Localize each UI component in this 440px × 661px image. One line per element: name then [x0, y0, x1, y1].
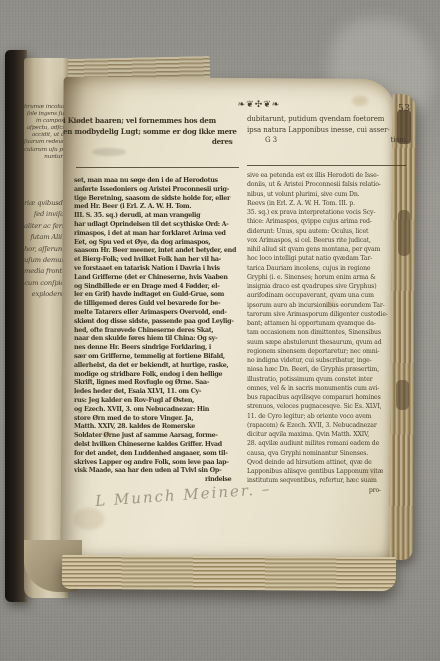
text-line: visk Maade, saa har den uden al Tvivl si…	[74, 466, 241, 475]
text-line: illustratio, potissimum qvum constet int…	[247, 375, 409, 384]
text-line: accidit, ut a	[24, 132, 64, 139]
text-line: og Ezech. XVII, 3. om Nebucadnezar: Hin	[74, 405, 241, 414]
text-line: de tilligemed deres Guld vel bevarede fo…	[74, 299, 241, 308]
text-line: aſpectu, adſci	[24, 125, 64, 132]
text-line: dicitur aqvila maxima. Qvin Matth. XXIV,	[247, 430, 409, 439]
text-line: causa, qva Gryphi nominantur Sinenses.	[247, 449, 409, 458]
text-line: aurifodinam occupaverant, qvam una cum	[247, 291, 409, 300]
text-line: Soldater Ørne just af samme Aarsag, form…	[74, 431, 241, 440]
text-line: nibus, ut volunt plurimi, sive cum Dn.	[247, 190, 409, 199]
text-line: et Bierg-Folk; ved hvilket Folk han her …	[74, 255, 241, 264]
text-line: III. S. 35. sq.) derudi, at man vrangeli…	[74, 211, 241, 220]
text-line: ler en Grif) havde indtaget en Guld-Grue…	[74, 290, 241, 299]
text-line: skiønt dog disse sidste, passende paa go…	[74, 317, 241, 326]
body-text-latin-column: dubitarunt, putidum qvendam foetoremipsa…	[247, 114, 408, 146]
text-line: Land Grifferne (det er Chineserne, hvis …	[74, 273, 241, 282]
text-line: (rapacem) & Ezech. XVII, 3. Nebucadnezar	[247, 421, 409, 430]
text-line: sive ea petenda est ex illis Herodoti de…	[247, 171, 409, 180]
text-line: rus: Jeg kalder en Rov-Fugl af Østen,	[74, 396, 241, 405]
text-line: ve forstaaet en tatarisk Nation i Davria…	[74, 264, 241, 273]
text-line: insignia draco est qvadrupes sive Gryphu…	[247, 282, 409, 291]
text-line: melte Tatarers eller Arimaspers Overvold…	[74, 308, 241, 317]
text-line: Gryphi (i. e. Sinenses; horum enim arma …	[247, 273, 409, 282]
headpiece-ornament: ❧❦✣❦❧	[222, 100, 296, 110]
body-text-danish-column: i Kiødet baaren; vel fornemmes hos demen…	[63, 116, 240, 148]
text-line: Skrift, lignes med Rovfugle og Ørne. Saa…	[74, 378, 241, 387]
foxing-stain	[74, 508, 104, 530]
text-line: nes denne Hr. Beers sindrige Forklaring,…	[74, 343, 241, 352]
footnote-rule-left	[76, 167, 239, 168]
text-line: Reevs (in Erl. Z. A. W. H. Tom. III. p.	[247, 199, 409, 208]
text-line: 28. aqvilæ audiunt milites romani eadem …	[247, 439, 409, 448]
text-line: naar den skulde føres hiem til China: Og…	[74, 334, 241, 343]
text-line: omnes, vel & in sacris monumentis cum av…	[247, 384, 409, 393]
text-line: med Hr. Beer (i Erl. Z. A. W. H. Tom.	[74, 202, 241, 211]
text-line: ledes heder det, Esaia XLVI, 11. om Cy-	[74, 387, 241, 396]
text-line: in campos	[24, 118, 64, 125]
photograph-of-open-book: { "page": { "number": "53", "signature_m…	[0, 0, 440, 661]
text-line: brumæ incolunt	[24, 104, 64, 111]
footnote-rule-right	[247, 165, 406, 166]
text-line: 11. de Cyro legitur; ab oriente voco ave…	[247, 412, 409, 421]
text-line: bus rapacibus aqvilisqve comparari homin…	[247, 393, 409, 402]
text-line: Qvod deinde ad hirsutiem attinet, qvæ de	[247, 458, 409, 467]
text-line: tarorum sive Arimasporum diligenter cust…	[247, 310, 409, 319]
text-line: Matth. XXIV, 28. kaldes de Romerske	[74, 422, 241, 431]
text-line: explodere	[24, 289, 64, 300]
text-line: modige og stridbare Folk, endog i den he…	[74, 370, 241, 379]
text-line: cularum uſu pe	[24, 147, 64, 154]
text-line: sær om Grifferne, temmelig at fortiene B…	[74, 352, 241, 361]
text-line: strenuos, veloces pugnacesqve. Sic Es. X…	[247, 402, 409, 411]
text-line: allerhelst, da det er bekiendt, at hurti…	[74, 361, 241, 370]
danish-column-catchword: deres	[63, 137, 240, 148]
text-line: media fronte ſu	[24, 266, 64, 277]
text-line: hoc loco intelligi putat natio qvædam Ta…	[247, 254, 409, 263]
text-line: no indigna videtur, cui subscribatur, in…	[247, 356, 409, 365]
text-line: store Ørn med de to store Vinger. Ja,	[74, 414, 241, 423]
facing-page-text-upper: brumæ incoluntſole ingens ſuin camposaſp…	[24, 104, 64, 161]
text-line: for det andet, den Luddenhed angaaer, so…	[74, 449, 241, 458]
foxing-stain	[326, 300, 336, 308]
text-line: en modbydelig Lugt; somme er dog ikke me…	[63, 127, 240, 138]
text-line: Lapponibus aliisqve gentibus Lapponum vi…	[247, 467, 409, 476]
text-line: tarica Dauriam incolens, cujus in region…	[247, 264, 409, 273]
text-line: suum sæpe abstulerunt thesaurum, qvum ad	[247, 338, 409, 347]
facing-page-text-lower: riæ qvibusdamſed inviſaaliter ac feritfu…	[24, 198, 64, 301]
footnote-latin-column: sive ea petenda est ex illis Herodoti de…	[247, 171, 409, 495]
text-line: rimaspos, i det at man har forklaret Ari…	[74, 229, 241, 238]
text-line: skrives Lapper og andre Folk, som leve p…	[74, 458, 241, 467]
text-line: ſuarum redeunt	[24, 139, 64, 146]
pencil-smudge	[92, 148, 126, 156]
text-line: tige Beretning, saasom de sidste holde f…	[74, 194, 241, 203]
text-line: set, man maa nu søge den i de af Herodot…	[74, 176, 241, 185]
text-line: vox Arimaspos, si cel. Beerus rite judic…	[247, 236, 409, 245]
text-line: aliter ac ferit	[24, 221, 64, 232]
text-line: thice: Arimaspos, qvippe cujus arima red…	[247, 217, 409, 226]
foxing-stain	[100, 430, 112, 439]
bottom-page-stack-edge	[62, 555, 396, 591]
text-line: riæ qvibusdam	[24, 198, 64, 209]
foxing-stain	[360, 468, 378, 480]
foxing-stain	[352, 96, 368, 106]
text-line: ipsa natura Lapponibus inesse, cui asser…	[247, 125, 408, 136]
text-line: diderunt: Unus, spu autem: Oculus, licet	[247, 227, 409, 236]
text-line: futam Alii,	[24, 232, 64, 243]
text-line: nihil aliud sit qvam gens montana, per q…	[247, 245, 409, 254]
gathering-signature-mark: G 3	[265, 135, 277, 146]
text-line: hed, ofte frarøvede Chineserne deres Ska…	[74, 326, 241, 335]
footnote-danish-column: set, man maa nu søge den i de af Herodot…	[74, 176, 241, 484]
text-line: dubitarunt, putidum qvendam foetorem	[247, 114, 408, 125]
latin-column-continuation-word: tioni,	[390, 135, 408, 146]
text-line: 35. sq.) ex prava interpretatione vocis …	[247, 208, 409, 217]
text-line: ſed inviſa	[24, 209, 64, 220]
text-line: cum conſpic	[24, 278, 64, 289]
text-line: delst hvilken Chineserne kaldes Griffer.…	[74, 440, 241, 449]
text-line: hor, aſſerunt	[24, 244, 64, 255]
text-line: og Sindbillede er en Drage med 4 Fødder,…	[74, 282, 241, 291]
text-line: niosa hæc Dn. Beeri, de Gryphis præserti…	[247, 365, 409, 374]
text-line: doniis, ut & Aristei Proconnesii falsis …	[247, 180, 409, 189]
page-number: 53	[382, 103, 410, 114]
text-line: saasom Hr. Beer meener, intet andet bety…	[74, 246, 241, 255]
text-line: i Kiødet baaren; vel fornemmes hos dem	[63, 116, 240, 127]
text-line: tam occasionem non dimittentes, Sinensib…	[247, 328, 409, 337]
text-line: anførte Issedoniers og Aristei Proconnes…	[74, 185, 241, 194]
text-line: uſum demum	[24, 255, 64, 266]
text-line: har udlagt Oprindelsen til det scythiske…	[74, 220, 241, 229]
text-line: Eet, og Spu ved et Øye, da dog arimaspos…	[74, 238, 241, 247]
text-line: nuntur.	[24, 154, 64, 161]
text-line: bant; attamen hi opportunam qvamque da-	[247, 319, 409, 328]
text-line: ſole ingens ſu	[24, 111, 64, 118]
text-line: regionem sinensem deportaretur; nec omni…	[247, 347, 409, 356]
